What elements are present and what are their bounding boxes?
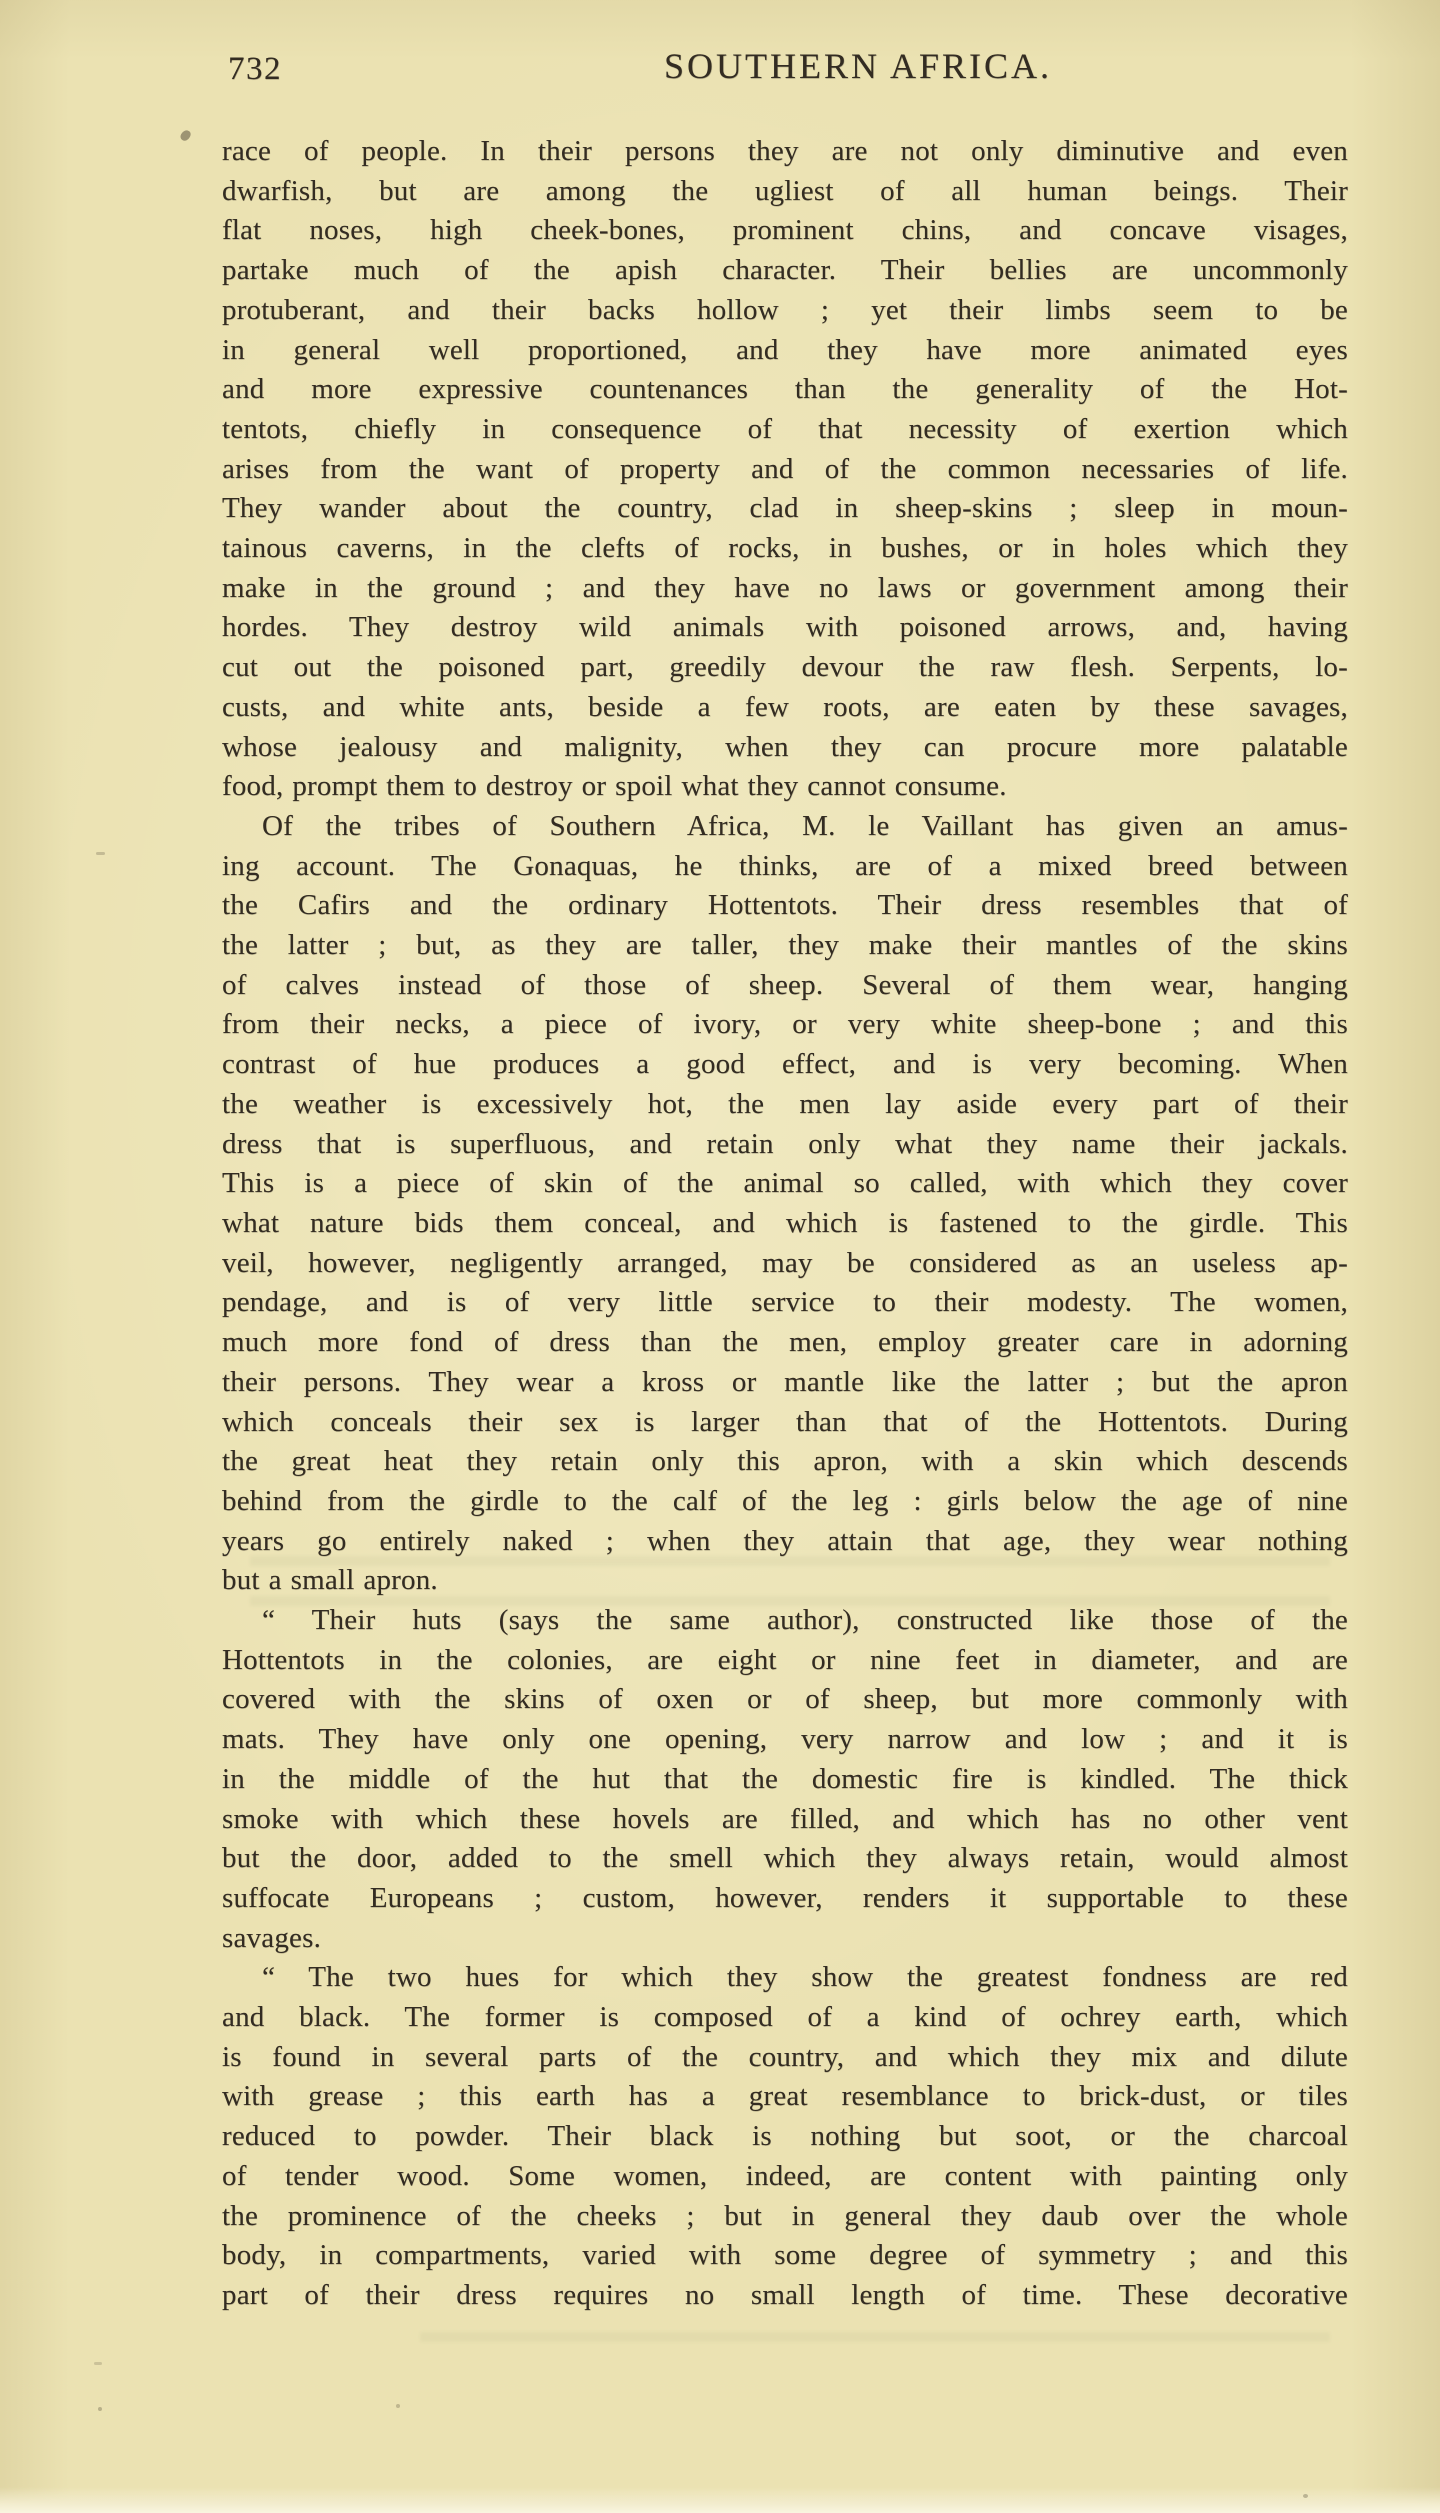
ink-speck [94,2362,102,2365]
text-line: food, prompt them to destroy or spoil wh… [222,767,1348,807]
text-line: which conceals their sex is larger than … [222,1403,1348,1443]
text-line: is found in several parts of the country… [222,2038,1348,2078]
text-line: arises from the want of property and of … [222,450,1348,490]
text-line: in general well proportioned, and they h… [222,331,1348,371]
text-line: behind from the girdle to the calf of th… [222,1482,1348,1522]
text-line: “ The two hues for which they show the g… [222,1958,1348,1998]
text-line: suffocate Europeans ; custom, however, r… [222,1879,1348,1919]
text-line: dress that is superfluous, and retain on… [222,1125,1348,1165]
text-line: but the door, added to the smell which t… [222,1839,1348,1879]
text-line: and black. The former is composed of a k… [222,1998,1348,2038]
ink-speck [396,2404,400,2408]
text-line: the Cafirs and the ordinary Hottentots. … [222,886,1348,926]
ink-speck [179,129,192,143]
text-line: contrast of hue produces a good effect, … [222,1045,1348,1085]
text-line: tentots, chiefly in consequence of that … [222,410,1348,450]
show-through-smudge [250,1556,1330,1608]
text-line: reduced to powder. Their black is nothin… [222,2117,1348,2157]
text-line: mats. They have only one opening, very n… [222,1720,1348,1760]
text-line: Hottentots in the colonies, are eight or… [222,1641,1348,1681]
text-line: savages. [222,1919,1348,1959]
text-line: flat noses, high cheek-bones, prominent … [222,211,1348,251]
book-page: 732 SOUTHERN AFRICA. race of people. In … [0,0,1440,2513]
text-line: the latter ; but, as they are taller, th… [222,926,1348,966]
text-line: dwarfish, but are among the ugliest of a… [222,172,1348,212]
page-number: 732 [228,51,282,88]
text-line: much more fond of dress than the men, em… [222,1323,1348,1363]
text-line: body, in compartments, varied with some … [222,2236,1348,2276]
text-line: hordes. They destroy wild animals with p… [222,608,1348,648]
text-line: race of people. In their persons they ar… [222,132,1348,172]
ink-speck [1303,2494,1308,2498]
text-line: from their necks, a piece of ivory, or v… [222,1005,1348,1045]
ink-speck [98,2407,102,2411]
text-block: race of people. In their persons they ar… [222,132,1348,2316]
text-line: part of their dress requires no small le… [222,2276,1348,2316]
text-line: whose jealousy and malignity, when they … [222,728,1348,768]
text-line: the weather is excessively hot, the men … [222,1085,1348,1125]
text-line: veil, however, negligently arranged, may… [222,1244,1348,1284]
running-title: SOUTHERN AFRICA. [664,45,1052,87]
text-line: make in the ground ; and they have no la… [222,569,1348,609]
text-line: the prominence of the cheeks ; but in ge… [222,2197,1348,2237]
text-line: They wander about the country, clad in s… [222,489,1348,529]
text-line: and more expressive countenances than th… [222,370,1348,410]
ink-speck [96,852,105,855]
text-line: covered with the skins of oxen or of she… [222,1680,1348,1720]
text-line: Of the tribes of Southern Africa, M. le … [222,807,1348,847]
text-line: protuberant, and their backs hollow ; ye… [222,291,1348,331]
text-line: of tender wood. Some women, indeed, are … [222,2157,1348,2197]
text-line: ing account. The Gonaquas, he thinks, ar… [222,847,1348,887]
text-line: smoke with which these hovels are filled… [222,1800,1348,1840]
text-line: with grease ; this earth has a great res… [222,2077,1348,2117]
text-line: cut out the poisoned part, greedily devo… [222,648,1348,688]
text-line: in the middle of the hut that the domest… [222,1760,1348,1800]
text-line: This is a piece of skin of the animal so… [222,1164,1348,1204]
text-line: pendage, and is of very little service t… [222,1283,1348,1323]
text-line: partake much of the apish character. The… [222,251,1348,291]
text-line: custs, and white ants, beside a few root… [222,688,1348,728]
text-line: of calves instead of those of sheep. Sev… [222,966,1348,1006]
text-line: tainous caverns, in the clefts of rocks,… [222,529,1348,569]
text-line: the great heat they retain only this apr… [222,1442,1348,1482]
text-line: their persons. They wear a kross or mant… [222,1363,1348,1403]
show-through-smudge [420,2332,1330,2358]
text-line: what nature bids them conceal, and which… [222,1204,1348,1244]
